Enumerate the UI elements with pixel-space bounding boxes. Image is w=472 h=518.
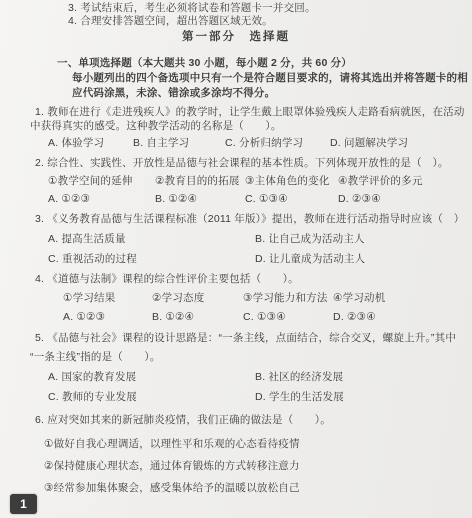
question-3-option-b: B. 让自己成为活动主人 xyxy=(255,232,458,246)
question-5-options-row-ab: A. 国家的教育发展 B. 社区的经济发展 xyxy=(48,370,458,384)
question-4-line-1: 4. 《道德与法制》课程的综合性评价主要包括（ ）。 xyxy=(35,272,299,286)
question-5-option-d: D. 学生的生活发展 xyxy=(255,390,458,404)
question-4-option-b: B. ①②④ xyxy=(152,310,243,324)
question-1-option-a: A. 体验学习 xyxy=(48,136,133,150)
question-3-options-row-cd: C. 重视活动的过程 D. 让儿童成为活动主人 xyxy=(48,252,458,266)
question-6-statement-1: ①做好自我心理调适，以理性平和乐观的心态看待疫情 xyxy=(44,437,300,451)
question-2-option-b: B. ①②④ xyxy=(155,192,245,206)
question-2-line-1: 2. 综合性、实践性、开放性是品德与社会课程的基本性质。下列体现开放性的是（ ）… xyxy=(35,156,449,170)
question-4-options-row: A. ①②③ B. ①②④ C. ①③④ D. ②③④ xyxy=(63,310,462,324)
question-1-option-b: B. 自主学习 xyxy=(133,136,225,150)
question-5-option-a: A. 国家的教育发展 xyxy=(48,370,255,384)
question-3-option-c: C. 重视活动的过程 xyxy=(48,252,255,266)
question-1-option-d: D. 问题解决学习 xyxy=(330,136,462,150)
instruction-line-3: 3. 考试结束后，考生必须将试卷和答题卡一并交回。 xyxy=(68,1,316,15)
question-6-statement-2: ②保持健康心理状态，通过体育锻炼的方式转移注意力 xyxy=(44,459,300,473)
question-5-line-1: 5. 《品德与社会》课程的设计思路是：“一条主线，点面结合，综合交叉，螺旋上升。… xyxy=(35,331,456,345)
question-1-option-c: C. 分析归纳学习 xyxy=(225,136,330,150)
question-3-option-d: D. 让儿童成为活动主人 xyxy=(255,252,458,266)
question-5-option-b: B. 社区的经济发展 xyxy=(255,370,458,384)
question-3-option-a: A. 提高生活质量 xyxy=(48,232,255,246)
instruction-line-4: 4. 合理安排答题空间，超出答题区域无效。 xyxy=(68,14,273,28)
question-4-items-row: ①学习结果 ②学习态度 ③学习能力和方法 ④学习动机 xyxy=(63,291,462,305)
question-6-statement-3: ③经常参加集体聚会，感受集体给予的温暖以放松自己 xyxy=(44,481,300,495)
question-6-line-1: 6. 应对突如其来的新冠肺炎疫情，我们正确的做法是（ ）。 xyxy=(35,413,331,427)
question-1-line-1: 1. 教师在进行《走进残疾人》的教学时，让学生戴上眼罩体验残疾人走路看病就医，在… xyxy=(35,105,465,119)
exam-paper: 3. 考试结束后，考生必须将试卷和答题卡一并交回。 4. 合理安排答题空间，超出… xyxy=(0,0,472,518)
question-5-option-c: C. 教师的专业发展 xyxy=(48,390,255,404)
question-3-line-1: 3. 《义务教育品德与生活课程标准（2011 年版）》提出，教师在进行活动指导时… xyxy=(35,212,464,226)
part-one-note-line-1: 每小题列出的四个备选项中只有一个是符合题目要求的，请将其选出并将答题卡的相 xyxy=(72,71,468,85)
question-4-item-2: ②学习态度 xyxy=(152,291,243,305)
question-1-options-row: A. 体验学习 B. 自主学习 C. 分析归纳学习 D. 问题解决学习 xyxy=(48,136,462,150)
question-1-line-2: 中获得真实的感受。这种教学活动的名称是（ ）。 xyxy=(30,119,282,133)
question-4-item-4: ④学习动机 xyxy=(333,291,462,305)
part-one-heading: 一、单项选择题（本大题共 30 小题，每小题 2 分，共 60 分） xyxy=(57,56,352,70)
question-2-option-d: D. ②③④ xyxy=(338,192,462,206)
question-2-option-c: C. ①③④ xyxy=(245,192,338,206)
scanned-exam-screenshot: 3. 考试结束后，考生必须将试卷和答题卡一并交回。 4. 合理安排答题空间，超出… xyxy=(0,0,472,518)
question-3-options-row-ab: A. 提高生活质量 B. 让自己成为活动主人 xyxy=(48,232,458,246)
question-5-options-row-cd: C. 教师的专业发展 D. 学生的生活发展 xyxy=(48,390,458,404)
question-4-option-c: C. ①③④ xyxy=(243,310,333,324)
question-4-option-a: A. ①②③ xyxy=(63,310,152,324)
question-2-item-3: ③主体角色的变化 xyxy=(245,174,338,188)
question-2-item-2: ②教育目的的拓展 xyxy=(155,174,245,188)
question-4-item-1: ①学习结果 xyxy=(63,291,152,305)
question-5-line-2: “一条主线”指的是（ ）。 xyxy=(30,350,161,364)
question-4-option-d: D. ②③④ xyxy=(333,310,462,324)
question-2-options-row: A. ①②③ B. ①②④ C. ①③④ D. ②③④ xyxy=(48,192,462,206)
part-one-note-line-2: 应代码涂黑，未涂、错涂或多涂均不得分。 xyxy=(72,86,275,100)
question-2-item-1: ①教学空间的延伸 xyxy=(48,174,155,188)
question-2-option-a: A. ①②③ xyxy=(48,192,155,206)
question-4-item-3: ③学习能力和方法 xyxy=(243,291,333,305)
page-number-badge: 1 xyxy=(10,494,37,514)
section-title: 第一部分 选择题 xyxy=(0,30,472,44)
question-2-item-4: ④教学评价的多元 xyxy=(338,174,462,188)
question-2-items-row: ①教学空间的延伸 ②教育目的的拓展 ③主体角色的变化 ④教学评价的多元 xyxy=(48,174,462,188)
